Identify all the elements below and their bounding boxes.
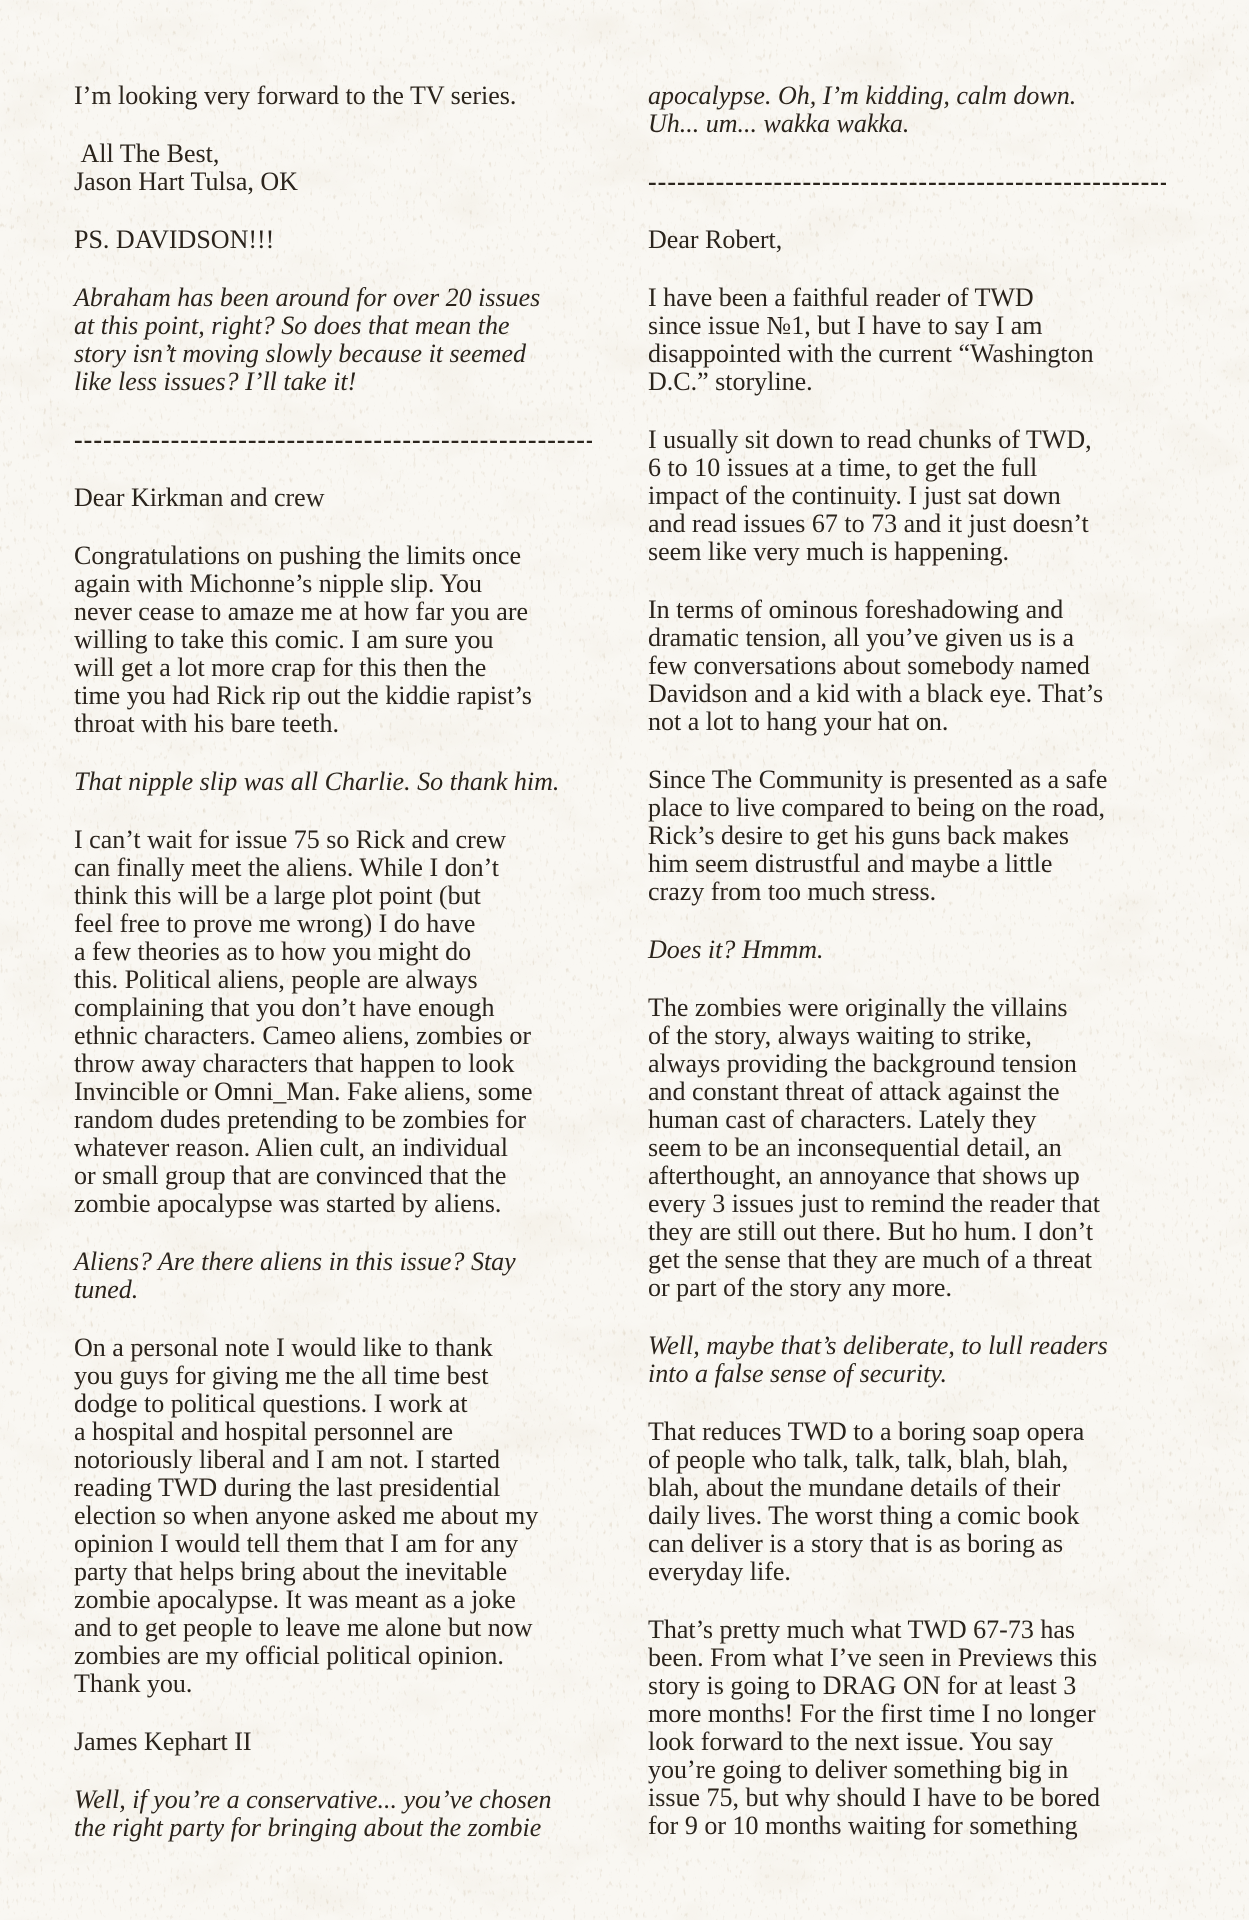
letter-paragraph: I’m looking very forward to the TV serie…: [74, 82, 634, 110]
editor-reply: Well, maybe that’s deliberate, to lull r…: [648, 1332, 1208, 1388]
letter-postscript: PS. DAVIDSON!!!: [74, 226, 634, 254]
letter-signature: All The Best, Jason Hart Tulsa, OK: [74, 140, 634, 196]
editor-reply: Abraham has been around for over 20 issu…: [74, 284, 634, 396]
letter-paragraph: I have been a faithful reader of TWD sin…: [648, 284, 1208, 396]
editor-reply: Does it? Hmmm.: [648, 936, 1208, 964]
letter-separator-rule: ----------------------------------------…: [648, 168, 1166, 196]
letter-salutation: Dear Robert,: [648, 226, 1208, 254]
editor-reply: Well, if you’re a conservative... you’ve…: [74, 1786, 634, 1842]
letter-paragraph: In terms of ominous foreshadowing and dr…: [648, 596, 1208, 736]
editor-reply: Aliens? Are there aliens in this issue? …: [74, 1248, 634, 1304]
letter-paragraph: Since The Community is presented as a sa…: [648, 766, 1208, 906]
letter-paragraph: I can’t wait for issue 75 so Rick and cr…: [74, 826, 634, 1218]
letter-paragraph: That’s pretty much what TWD 67-73 has be…: [648, 1616, 1208, 1840]
right-column: apocalypse. Oh, I’m kidding, calm down. …: [648, 82, 1208, 1870]
letters-page: I’m looking very forward to the TV serie…: [0, 0, 1249, 1920]
left-column: I’m looking very forward to the TV serie…: [74, 82, 634, 1872]
editor-reply: That nipple slip was all Charlie. So tha…: [74, 768, 634, 796]
editor-reply: apocalypse. Oh, I’m kidding, calm down. …: [648, 82, 1208, 138]
letter-paragraph: Congratulations on pushing the limits on…: [74, 542, 634, 738]
letter-salutation: Dear Kirkman and crew: [74, 484, 634, 512]
letter-paragraph: I usually sit down to read chunks of TWD…: [648, 426, 1208, 566]
letter-paragraph: The zombies were originally the villains…: [648, 994, 1208, 1302]
letter-signature: James Kephart II: [74, 1728, 634, 1756]
letter-paragraph: That reduces TWD to a boring soap opera …: [648, 1418, 1208, 1586]
letter-separator-rule: ----------------------------------------…: [74, 426, 592, 454]
letter-paragraph: On a personal note I would like to thank…: [74, 1334, 634, 1698]
